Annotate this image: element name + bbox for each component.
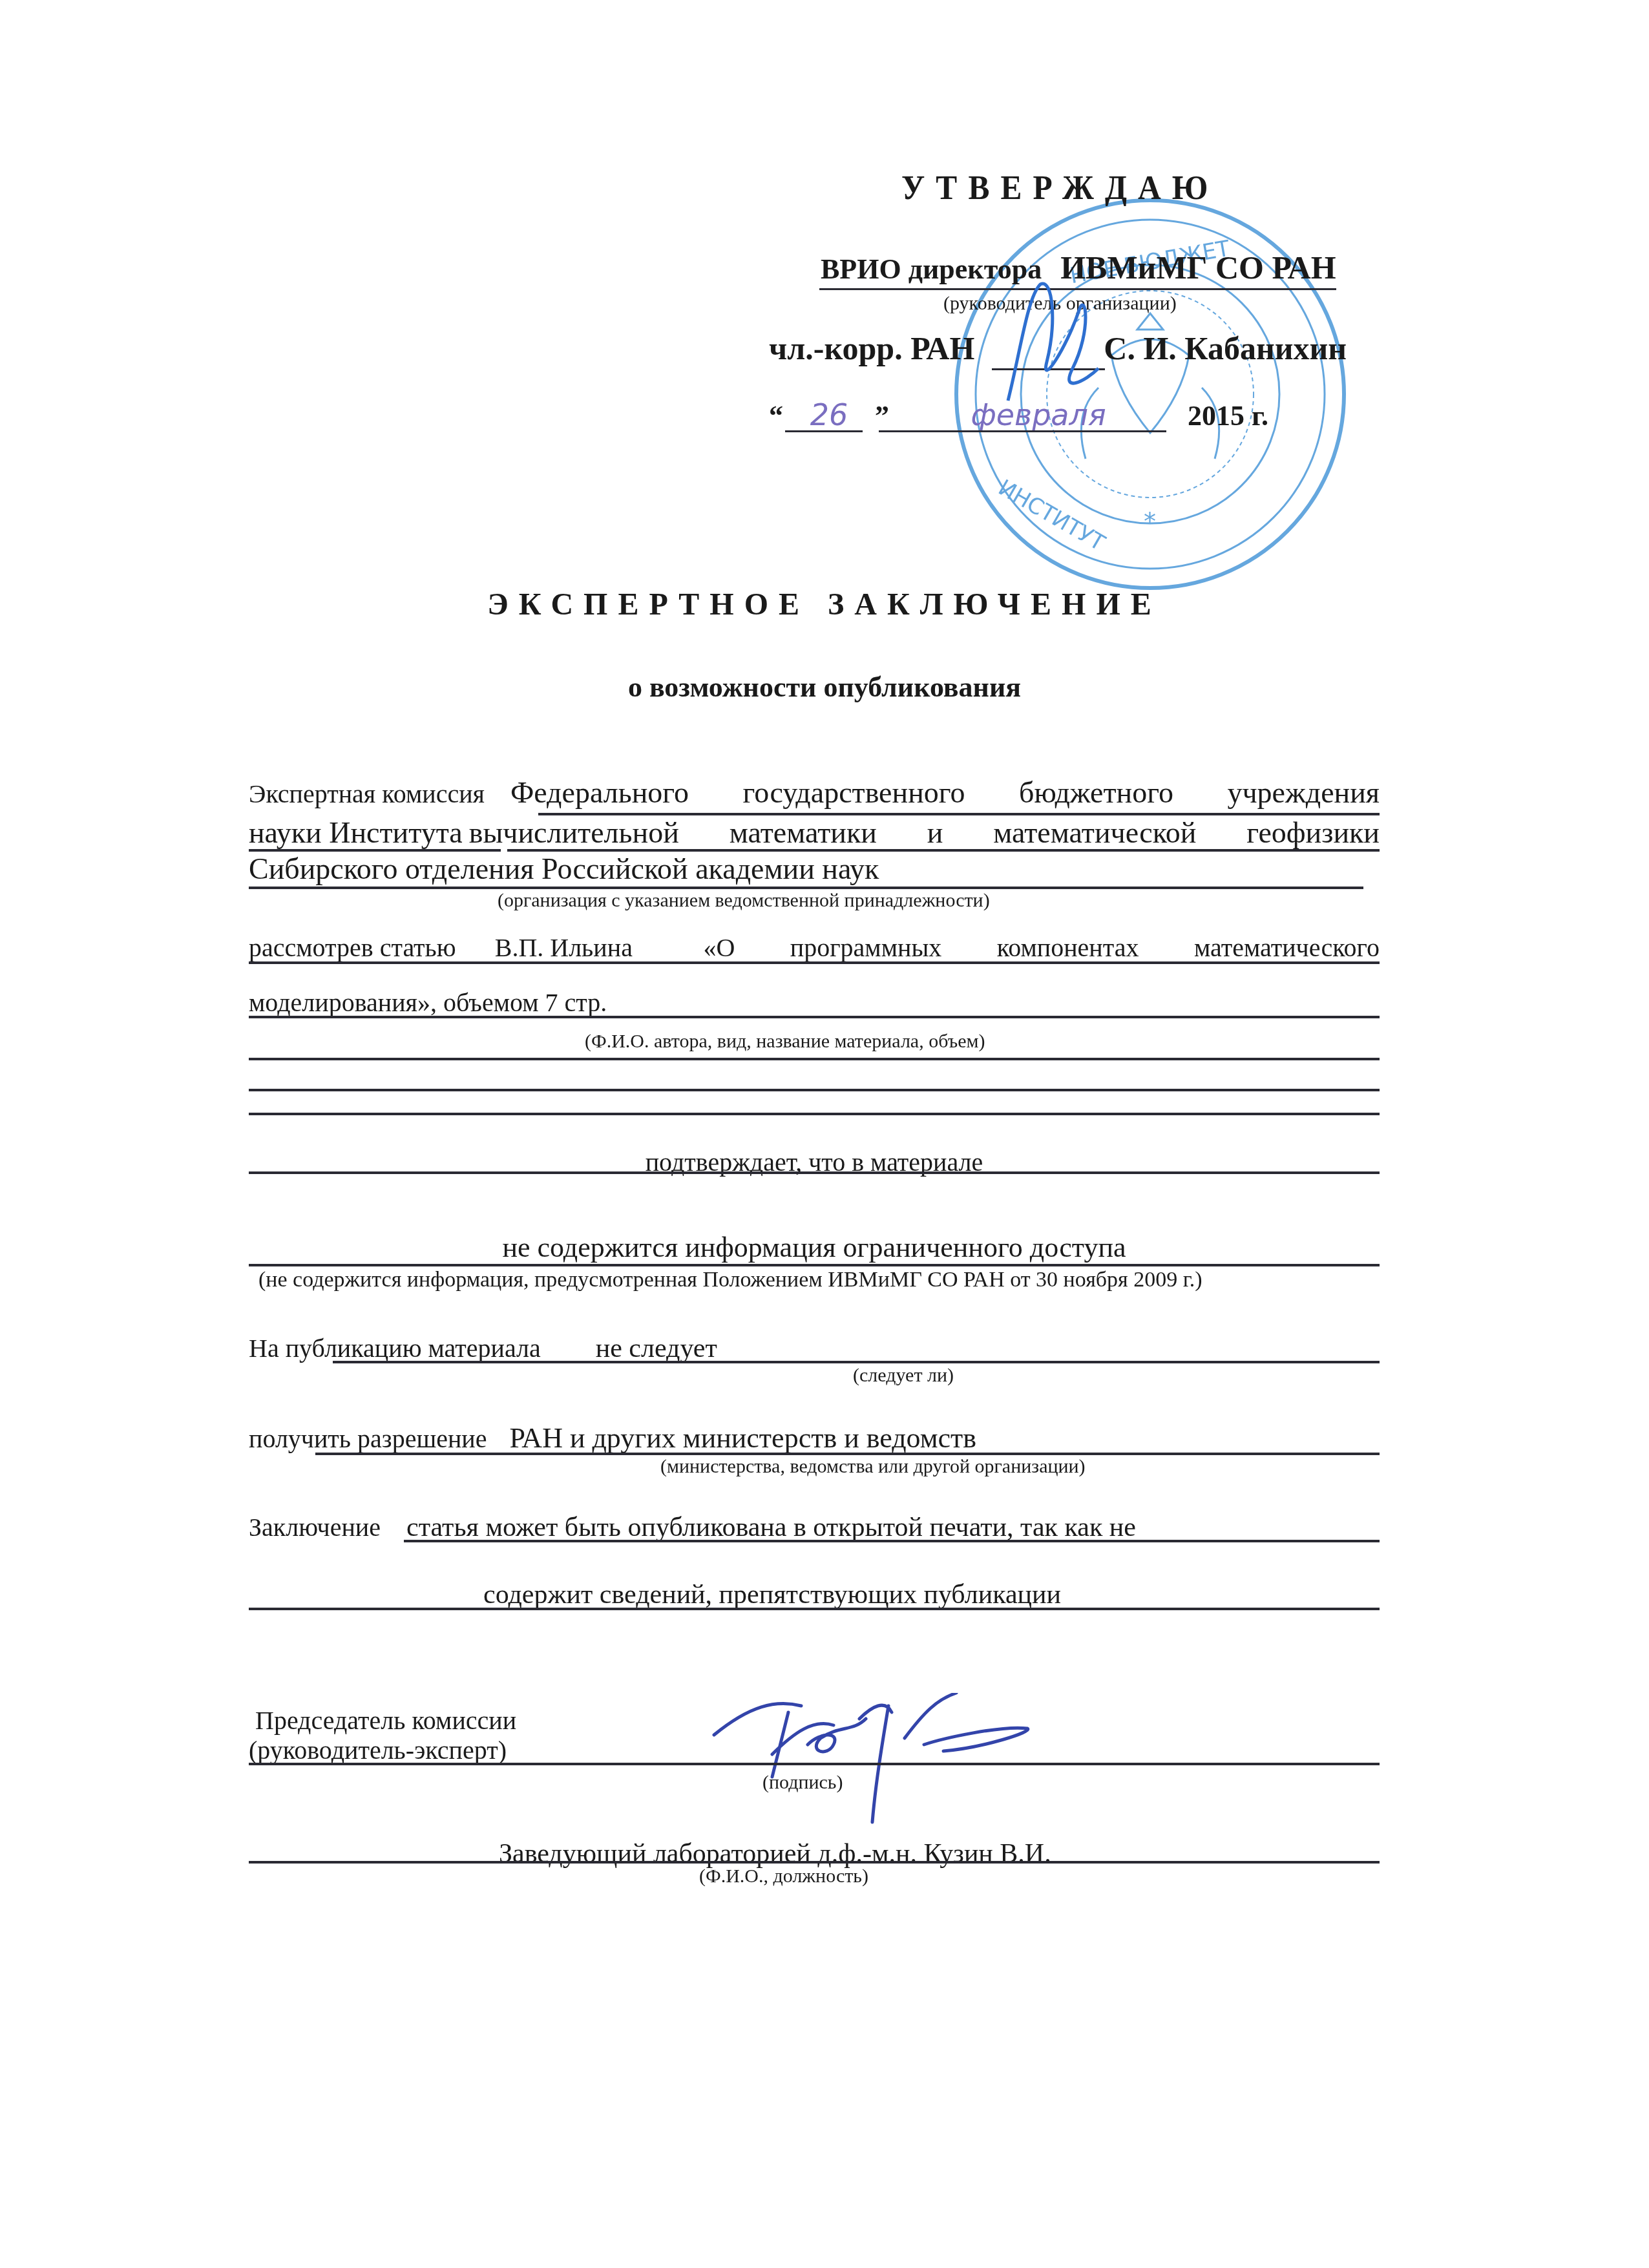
date-day: 26 xyxy=(790,397,868,432)
article-underline-4 xyxy=(249,1089,1380,1091)
article-hint: (Ф.И.О. автора, вид, название материала,… xyxy=(585,1031,985,1053)
chairman-signature xyxy=(711,1693,1098,1842)
chairman-signature-underline xyxy=(249,1763,1380,1765)
chairman-name: Заведующий лабораторией д.ф.-м.н. Кузин … xyxy=(249,1838,1380,1869)
article-underline-2 xyxy=(249,1016,1380,1018)
publication-row: На публикацию материала не следует xyxy=(249,1333,1380,1364)
permission-underline xyxy=(315,1453,1380,1455)
chairman-name-underline xyxy=(249,1861,1380,1864)
conclusion-underline-1 xyxy=(404,1540,1380,1542)
chairman-label: Председатель комиссии (руководитель-эксп… xyxy=(255,1706,516,1765)
article-underline-3 xyxy=(249,1058,1380,1060)
date-year: 2015 г. xyxy=(1188,400,1268,432)
commission-org-line-3: Сибирского отделения Российской академии… xyxy=(249,852,1380,886)
svg-text:ИНСТИТУТ: ИНСТИТУТ xyxy=(994,475,1109,556)
article-value-line-1: В.П. Ильина «О программных компонентах м… xyxy=(495,932,1380,963)
article-label: рассмотрев статью xyxy=(249,932,456,963)
date-close-quote: ” xyxy=(875,400,889,432)
approver-title: чл.-корр. РАН xyxy=(769,330,974,366)
chairman-name-hint: (Ф.И.О., должность) xyxy=(699,1865,868,1887)
commission-org-line-2-left: науки Института xyxy=(249,815,463,850)
article-underline-1 xyxy=(249,961,1380,964)
confirmation-finding-underline xyxy=(249,1264,1380,1266)
permission-label: получить разрешение xyxy=(249,1424,487,1453)
permission-value: РАН и других министерств и ведомств xyxy=(510,1422,977,1454)
conclusion-label: Заключение xyxy=(249,1513,381,1542)
commission-row-1: Экспертная комиссия Федерального государ… xyxy=(249,775,1380,810)
approval-heading: УТВЕРЖДАЮ xyxy=(901,169,1219,207)
conclusion-row: Заключение статья может быть опубликован… xyxy=(249,1512,1380,1543)
approver-name: С. И. Кабанихин xyxy=(1104,330,1347,366)
article-row-1: рассмотрев статью В.П. Ильина «О програм… xyxy=(249,932,1380,963)
document-subtitle: о возможности опубликования xyxy=(0,671,1649,704)
conclusion-line-1: статья может быть опубликована в открыто… xyxy=(406,1513,1136,1542)
date-month-underline xyxy=(879,430,1166,432)
date-open-quote: “ xyxy=(769,400,783,432)
chairman-label-line-2: (руководитель-эксперт) xyxy=(249,1736,516,1765)
approval-date: “ 26 ” февраля 2015 г. xyxy=(769,397,1268,432)
publication-hint: (следует ли) xyxy=(853,1365,954,1387)
permission-hint: (министерства, ведомства или другой орга… xyxy=(660,1456,1086,1478)
conclusion-line-2: содержит сведений, препятствующих публик… xyxy=(249,1579,1380,1610)
chairman-label-line-1: Председатель комиссии xyxy=(255,1706,516,1736)
publication-underline xyxy=(333,1361,1380,1363)
confirmation-finding-hint: (не содержится информация, предусмотренн… xyxy=(258,1268,1203,1292)
publication-label: На публикацию материала xyxy=(249,1334,541,1363)
publication-value: не следует xyxy=(596,1334,717,1363)
commission-hint: (организация с указанием ведомственной п… xyxy=(498,890,990,912)
commission-org-line-2-right: вычислительной математики и математическ… xyxy=(469,815,1380,850)
commission-org-line-1: Федерального государственного бюджетного… xyxy=(510,775,1380,810)
date-month: февраля xyxy=(896,397,1181,432)
commission-underline-3 xyxy=(249,887,1363,889)
document-title: ЭКСПЕРТНОЕ ЗАКЛЮЧЕНИЕ xyxy=(0,587,1649,622)
conclusion-underline-2 xyxy=(249,1608,1380,1610)
permission-row: получить разрешение РАН и других министе… xyxy=(249,1422,1380,1454)
date-day-underline xyxy=(785,430,863,432)
confirmation-finding: не содержится информация ограниченного д… xyxy=(249,1231,1380,1264)
commission-label: Экспертная комиссия xyxy=(249,779,485,809)
chairman-signature-hint: (подпись) xyxy=(762,1772,843,1794)
commission-row-2: науки Института вычислительной математик… xyxy=(249,815,1380,850)
article-underline-5 xyxy=(249,1113,1380,1115)
article-value-line-2: моделирования», объемом 7 стр. xyxy=(249,987,1380,1018)
confirmation-underline xyxy=(249,1171,1380,1174)
svg-text:*: * xyxy=(1144,507,1156,536)
